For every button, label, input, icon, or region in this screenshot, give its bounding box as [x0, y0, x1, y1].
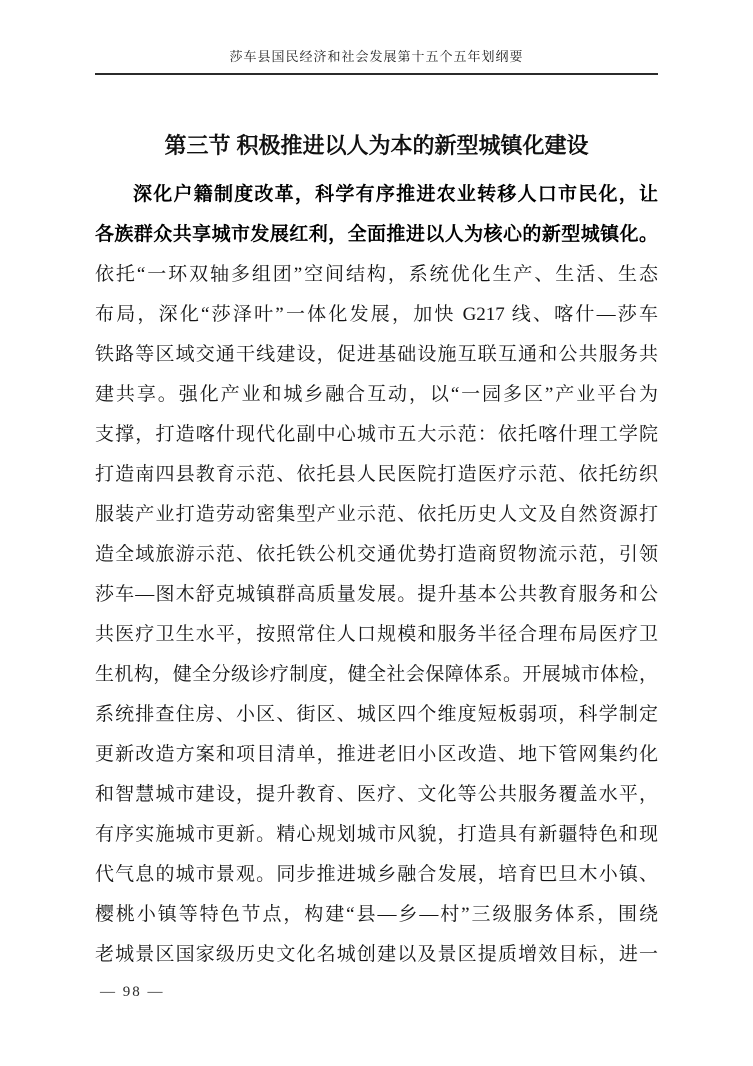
text-line: 铁路等区域交通干线建设，促进基础设施互联互通和公共服务共	[95, 335, 658, 375]
text-line: 服装产业打造劳动密集型产业示范、依托历史人文及自然资源打	[95, 495, 658, 535]
text-line: 打造南四县教育示范、依托县人民医院打造医疗示范、依托纺织	[95, 455, 658, 495]
text-line: 樱桃小镇等特色节点，构建“县—乡—村”三级服务体系，围绕	[95, 895, 658, 935]
document-page: 莎车县国民经济和社会发展第十五个五年划纲要 第三节 积极推进以人为本的新型城镇化…	[0, 0, 753, 1066]
text-line: 系统排查住房、小区、街区、城区四个维度短板弱项，科学制定	[95, 695, 658, 735]
text-line: 生机构，健全分级诊疗制度，健全社会保障体系。开展城市体检，	[95, 655, 658, 695]
document-body: 深化户籍制度改革，科学有序推进农业转移人口市民化，让 各族群众共享城市发展红利，…	[95, 175, 658, 975]
text-line: 深化户籍制度改革，科学有序推进农业转移人口市民化，让	[95, 175, 658, 215]
page-number: — 98 —	[100, 984, 165, 1000]
section-title: 第三节 积极推进以人为本的新型城镇化建设	[95, 131, 658, 161]
text-line: 有序实施城市更新。精心规划城市风貌，打造具有新疆特色和现	[95, 815, 658, 855]
text-line: 和智慧城市建设，提升教育、医疗、文化等公共服务覆盖水平，	[95, 775, 658, 815]
running-header: 莎车县国民经济和社会发展第十五个五年划纲要	[95, 0, 658, 65]
text-line: 老城景区国家级历史文化名城创建以及景区提质增效目标，进一	[95, 935, 658, 975]
text-line: 布局，深化“莎泽叶”一体化发展，加快 G217 线、喀什—莎车	[95, 295, 658, 335]
text-line: 莎车—图木舒克城镇群高质量发展。提升基本公共教育服务和公	[95, 575, 658, 615]
text-line: 建共享。强化产业和城乡融合互动，以“一园多区”产业平台为	[95, 375, 658, 415]
page-footer: — 98 —	[100, 984, 165, 1001]
body-paragraph: 依托“一环双轴多组团”空间结构，系统优化生产、生活、生态 布局，深化“莎泽叶”一…	[95, 255, 658, 975]
text-line: 代气息的城市景观。同步推进城乡融合发展，培育巴旦木小镇、	[95, 855, 658, 895]
text-line: 共医疗卫生水平，按照常住人口规模和服务半径合理布局医疗卫	[95, 615, 658, 655]
lead-bold-paragraph: 深化户籍制度改革，科学有序推进农业转移人口市民化，让 各族群众共享城市发展红利，…	[95, 175, 658, 255]
text-line: 各族群众共享城市发展红利，全面推进以人为核心的新型城镇化。	[95, 215, 658, 255]
page-content: 莎车县国民经济和社会发展第十五个五年划纲要 第三节 积极推进以人为本的新型城镇化…	[95, 0, 658, 975]
text-line: 支撑，打造喀什现代化副中心城市五大示范：依托喀什理工学院	[95, 415, 658, 455]
text-line: 更新改造方案和项目清单，推进老旧小区改造、地下管网集约化	[95, 735, 658, 775]
text-line: 依托“一环双轴多组团”空间结构，系统优化生产、生活、生态	[95, 255, 658, 295]
text-line: 造全域旅游示范、依托铁公机交通优势打造商贸物流示范，引领	[95, 535, 658, 575]
header-rule	[95, 73, 658, 75]
